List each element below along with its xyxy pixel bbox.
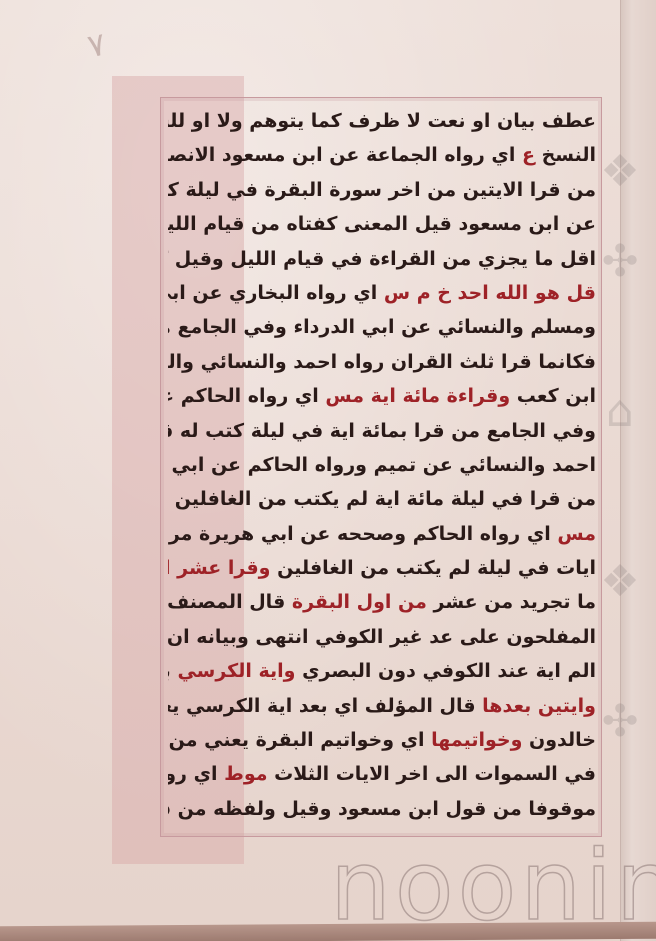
line-segment: عطف بيان او نعت لا ظرف كما يتوهم ولا او … [168, 110, 596, 132]
line-segment: خالدون [522, 729, 596, 751]
text-line-2: النسخ ع اي رواه الجماعة عن ابن مسعود الا… [168, 138, 596, 172]
line-segment: موقوفا من قول ابن مسعود وقيل ولفظه من قر… [168, 798, 596, 820]
line-segment: احمد والنسائي عن تميم ورواه الحاكم عن اب… [168, 454, 596, 476]
rubric-segment: قل هو الله احد خ م س [384, 282, 596, 304]
line-segment: النسخ [535, 144, 596, 166]
text-line-16: المفلحون على عد غير الكوفي انتهى وبيانه … [168, 620, 596, 654]
text-line-5: اقل ما يجزي من القراءة في قيام الليل وقي… [168, 242, 596, 276]
text-line-21: موقوفا من قول ابن مسعود وقيل ولفظه من قر… [168, 792, 596, 826]
rubric-segment: وقرا عشر ايات اربع [168, 557, 270, 579]
text-line-8: فكانما قرا ثلث القران رواه احمد والنسائي… [168, 345, 596, 379]
text-line-20: في السموات الى اخر الايات الثلاث موط اي … [168, 757, 596, 791]
text-line-14: ايات في ليلة لم يكتب من الغافلين وقرا عش… [168, 551, 596, 585]
line-segment: ابن كعب [510, 385, 596, 407]
line-segment: اقل ما يجزي من القراءة في قيام الليل وقي… [168, 248, 596, 270]
line-segment: اي رواه الجماعة عن ابن مسعود الانصاري وف… [168, 144, 522, 166]
text-line-19: خالدون وخواتيمها اي وخواتيم البقرة يعني … [168, 723, 596, 757]
rubric-segment: وخواتيمها [431, 729, 522, 751]
line-segment: ما تجريد من عشر [427, 591, 596, 613]
line-segment: اي رواه الطبراني [168, 763, 224, 785]
line-segment: المفلحون على عد غير الكوفي انتهى وبيانه … [168, 626, 596, 648]
line-segment: قال المصنف يعني الى [168, 591, 292, 613]
line-segment: فكانما قرا ثلث القران رواه احمد والنسائي… [168, 351, 596, 373]
line-segment: من قرا في ليلة مائة اية لم يكتب من الغاف… [168, 488, 596, 510]
text-line-7: ومسلم والنسائي عن ابي الدرداء وفي الجامع… [168, 310, 596, 344]
text-line-18: وايتين بعدها قال المؤلف اي بعد اية الكرس… [168, 689, 596, 723]
text-line-3: من قرا الايتين من اخر سورة البقرة في ليل… [168, 173, 596, 207]
line-segment: قال المؤلف اي بعد اية الكرسي يعني الى قو… [168, 695, 482, 717]
line-segment: في السموات الى اخر الايات الثلاث [268, 763, 596, 785]
rubric-segment: موط [224, 763, 267, 785]
line-segment: ومسلم والنسائي عن ابي الدرداء وفي الجامع… [168, 316, 596, 338]
adjacent-page-edge [620, 0, 656, 941]
line-segment: ايات في ليلة لم يكتب من الغافلين [270, 557, 596, 579]
line-segment: عن ابن مسعود قيل المعنى كفتاه من قيام ال… [168, 213, 596, 235]
rubric-segment: مس [557, 523, 596, 545]
line-segment: اي وخواتيم البقرة يعني من لله ما [168, 729, 431, 751]
rubric-segment: وايتين بعدها [482, 695, 596, 717]
manuscript-text-block: عطف بيان او نعت لا ظرف كما يتوهم ولا او … [168, 104, 596, 826]
line-segment: اي رواه الحاكم عن ابن عمر [168, 385, 325, 407]
text-line-4: عن ابن مسعود قيل المعنى كفتاه من قيام ال… [168, 207, 596, 241]
text-line-12: من قرا في ليلة مائة اية لم يكتب من الغاف… [168, 482, 596, 516]
line-segment: اي رواه الحاكم وصححه عن ابي هريرة مرفوعا… [168, 523, 557, 545]
line-segment: الم اية عند الكوفي دون البصري [295, 660, 596, 682]
noonin-watermark: noonin [330, 838, 656, 934]
rubric-segment: من اول البقرة [292, 591, 427, 613]
line-segment: وفي الجامع من قرا بمائة اية في ليلة كتب … [168, 420, 596, 442]
text-line-1: عطف بيان او نعت لا ظرف كما يتوهم ولا او … [168, 104, 596, 138]
text-line-6: قل هو الله احد خ م س اي رواه البخاري عن … [168, 276, 596, 310]
text-line-10: وفي الجامع من قرا بمائة اية في ليلة كتب … [168, 414, 596, 448]
line-segment: اي رواه البخاري عن ابي سعيد الخدري [168, 282, 384, 304]
rubric-segment: وقراءة مائة اية مس [325, 385, 510, 407]
rubric-segment: واية الكرسي [177, 660, 295, 682]
text-line-15: ما تجريد من عشر من اول البقرة قال المصنف… [168, 585, 596, 619]
text-line-11: احمد والنسائي عن تميم ورواه الحاكم عن اب… [168, 448, 596, 482]
text-line-17: الم اية عند الكوفي دون البصري واية الكرس… [168, 654, 596, 688]
line-segment: من قرا الايتين من اخر سورة البقرة في ليل… [168, 179, 596, 201]
text-line-9: ابن كعب وقراءة مائة اية مس اي رواه الحاك… [168, 379, 596, 413]
rubric-segment: ع [522, 144, 535, 166]
text-line-13: مس اي رواه الحاكم وصححه عن ابي هريرة مرف… [168, 517, 596, 551]
